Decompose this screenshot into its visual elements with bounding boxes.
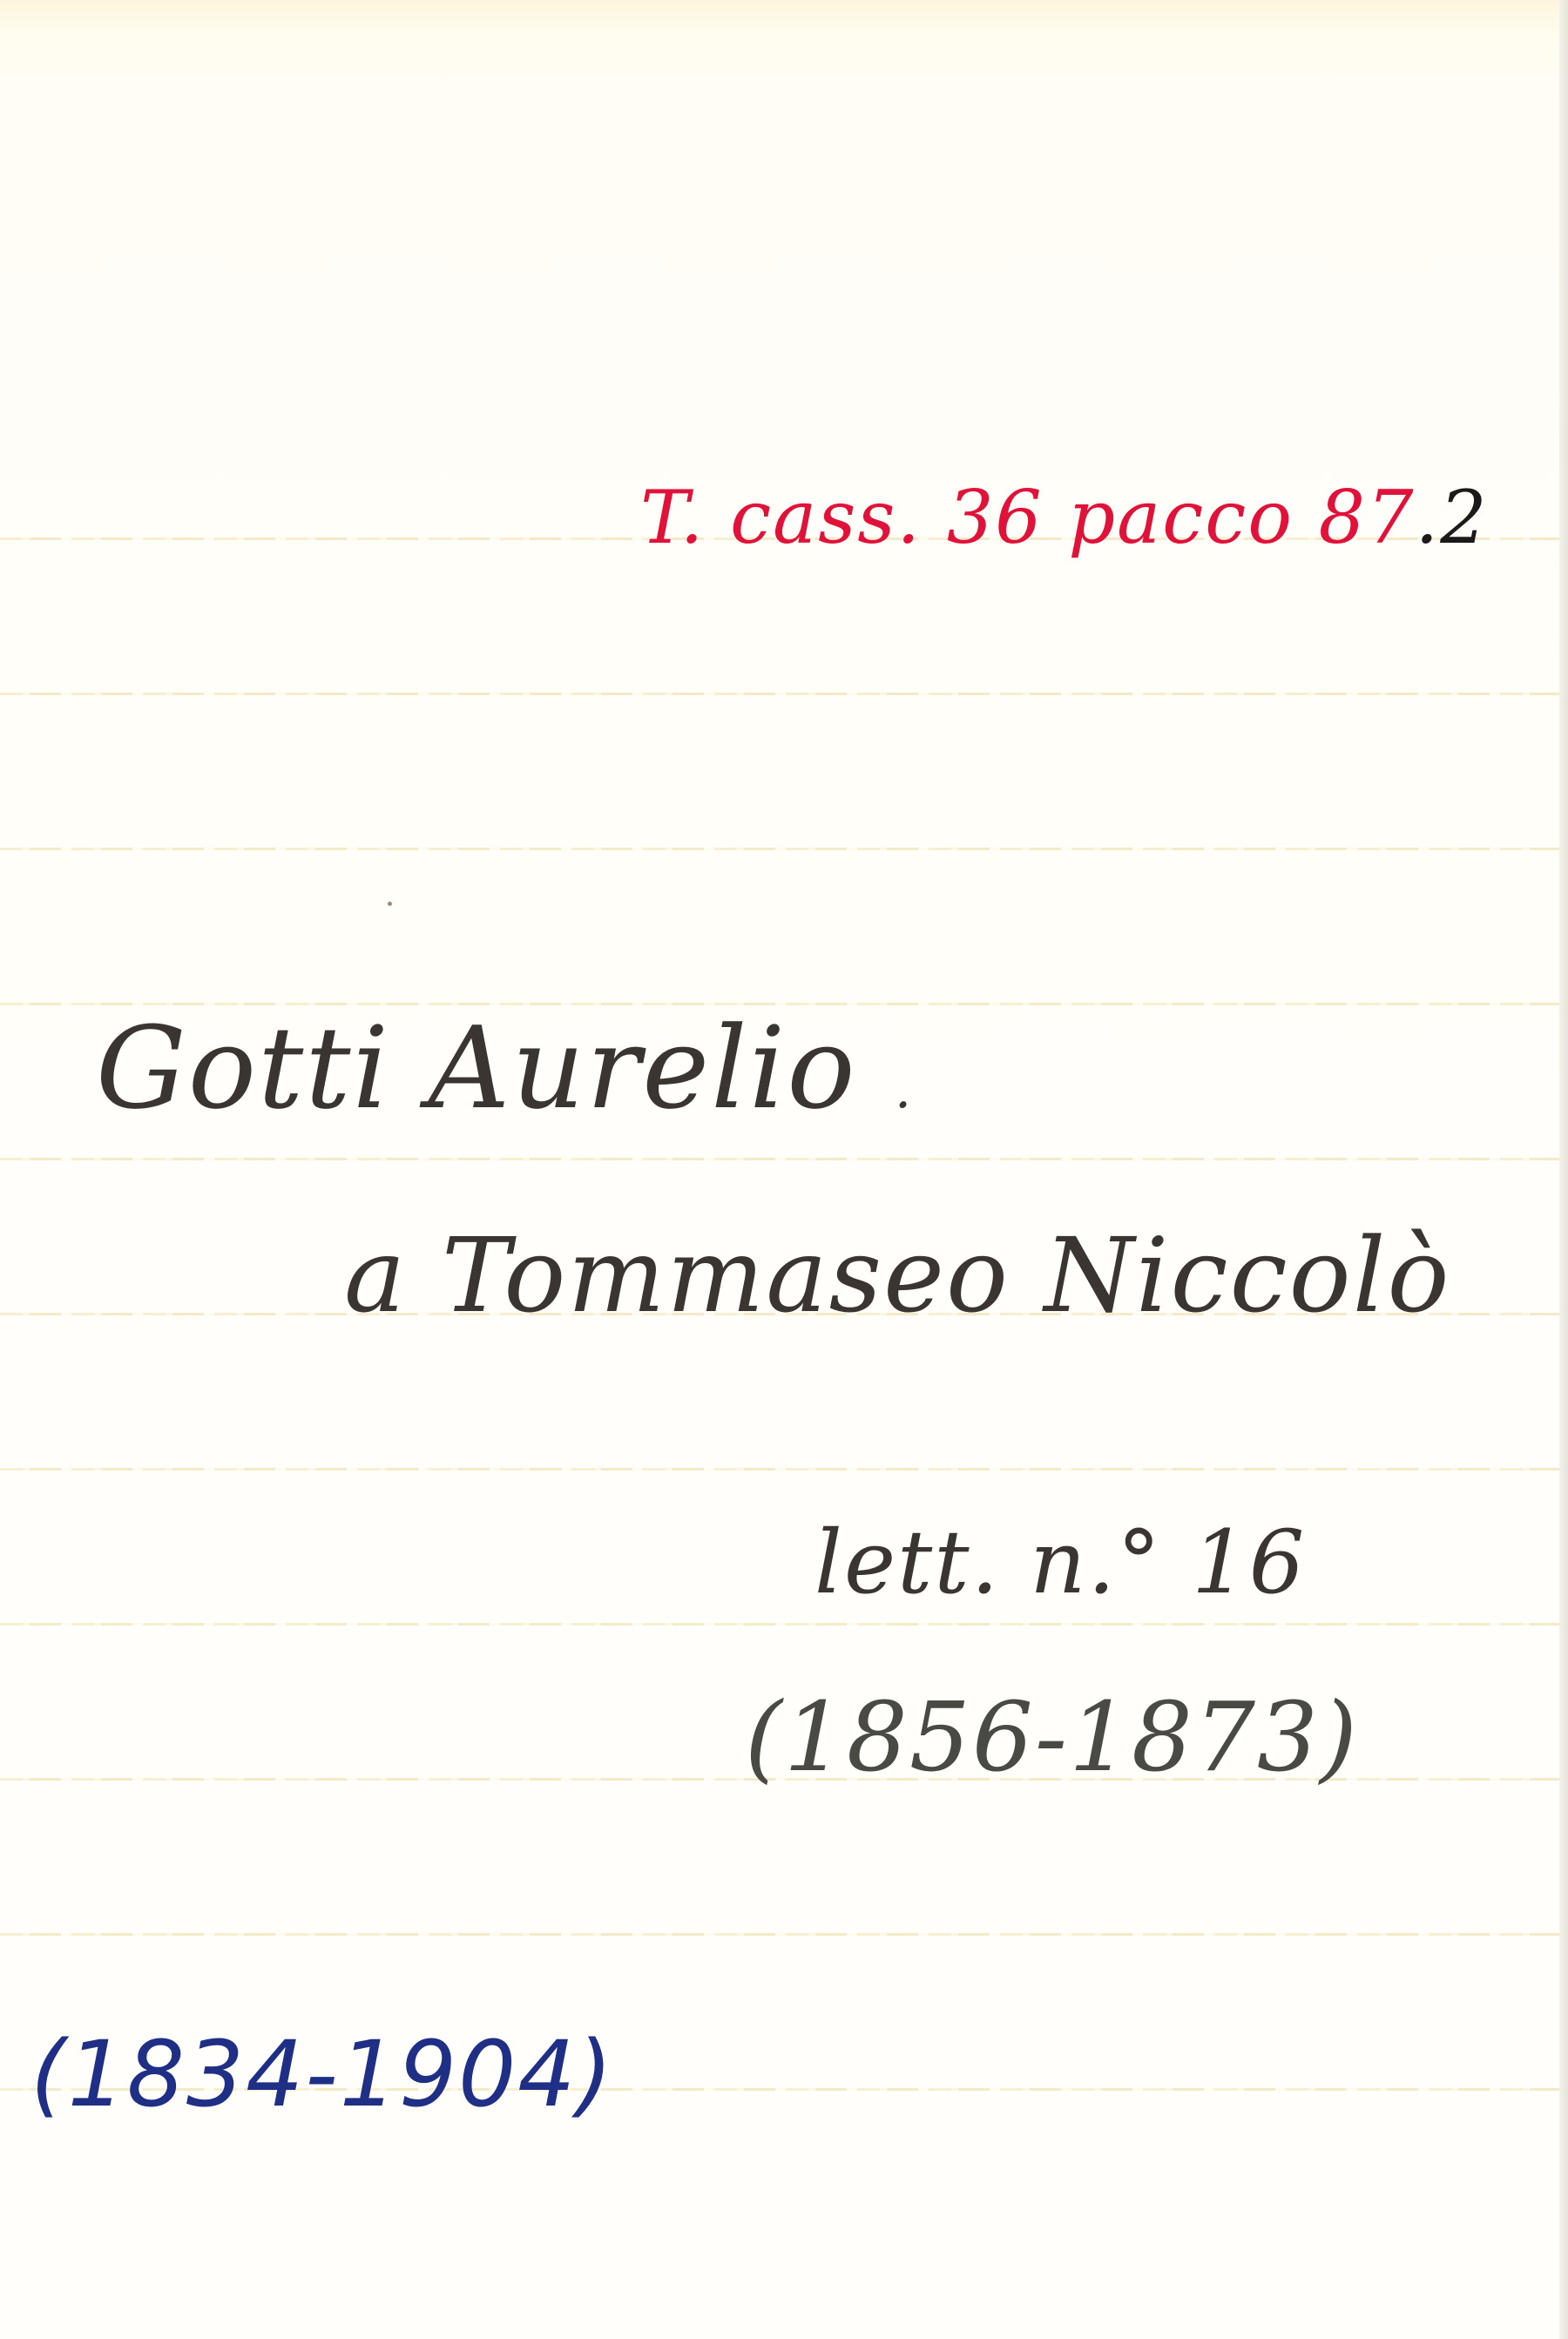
shelfmark: T. cass. 36 pacco 87.2: [640, 475, 1489, 560]
author-life-dates: (1834-1904): [30, 2021, 614, 2127]
shelfmark-suffix: .2: [1416, 475, 1489, 560]
shelfmark-text: T. cass. 36 pacco 87: [640, 475, 1416, 560]
ruled-line: [0, 1158, 1568, 1160]
letter-count: lett. n.° 16: [814, 1511, 1306, 1613]
author-name-line: Gotti Aurelio .: [96, 1002, 913, 1134]
index-card: T. cass. 36 pacco 87.2 Gotti Aurelio . a…: [0, 0, 1568, 2339]
ruled-line: [0, 693, 1568, 695]
ruled-line: [0, 848, 1568, 850]
letter-date-range: (1856-1873): [745, 1681, 1359, 1793]
author-name: Gotti Aurelio: [96, 1002, 857, 1134]
ruled-line: [0, 1623, 1568, 1626]
paper-speck: [388, 902, 392, 906]
ruled-line: [0, 1468, 1568, 1470]
recipient-line: a Tommaseo Niccolò: [344, 1215, 1451, 1335]
author-trailing-dot: .: [895, 1059, 913, 1120]
ruled-line: [0, 1933, 1568, 1936]
